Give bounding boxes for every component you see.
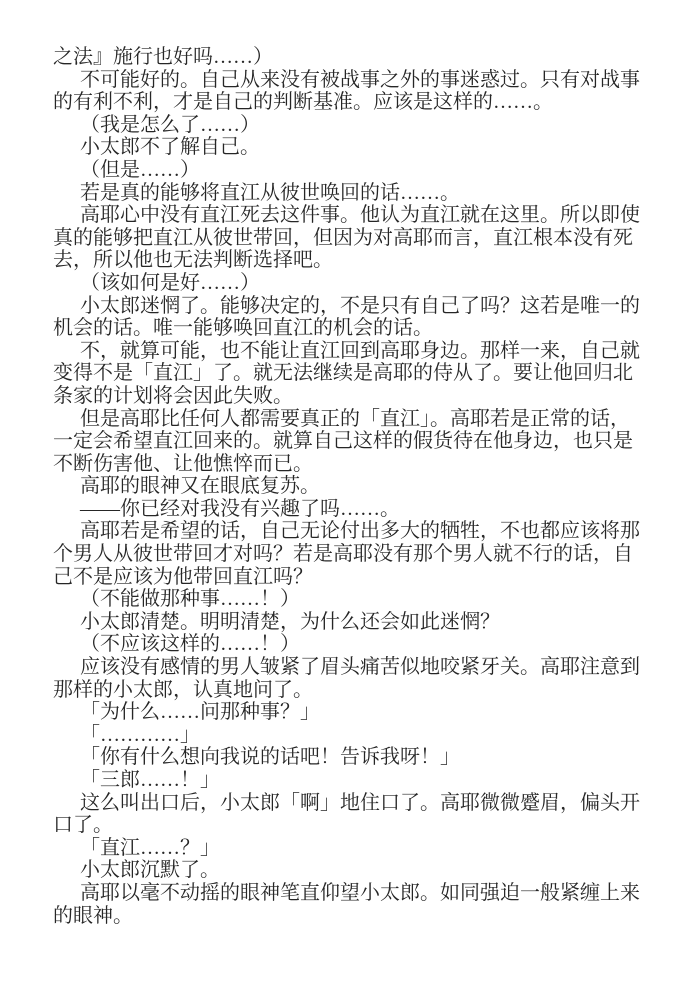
text-line: 应该没有感情的男人皱紧了眉头痛苦似地咬紧牙关。高耶注意到 bbox=[53, 656, 653, 679]
text-line: 口了。 bbox=[53, 814, 653, 837]
text-line: 小太郎不了解自己。 bbox=[53, 136, 653, 159]
text-line: 去，所以他也无法判断选择吧。 bbox=[53, 249, 653, 272]
text-line: 「三郎……！」 bbox=[53, 769, 653, 792]
text-line: 己不是应该为他带回直江吗？ bbox=[53, 566, 653, 589]
text-line: （但是……） bbox=[53, 159, 653, 182]
text-line: 高耶的眼神又在眼底复苏。 bbox=[53, 475, 653, 498]
text-line: 之法』施行也好吗……） bbox=[53, 46, 653, 69]
text-line: 个男人从彼世带回才对吗？若是高耶没有那个男人就不行的话，自 bbox=[53, 543, 653, 566]
text-line: 真的能够把直江从彼世带回，但因为对高耶而言，直江根本没有死 bbox=[53, 227, 653, 250]
text-line: 「为什么……问那种事？」 bbox=[53, 701, 653, 724]
text-line: 若是真的能够将直江从彼世唤回的话……。 bbox=[53, 182, 653, 205]
text-line: 高耶以毫不动摇的眼神笔直仰望小太郎。如同强迫一般紧缠上来 bbox=[53, 882, 653, 905]
text-line: 变得不是「直江」了。就无法继续是高耶的侍从了。要让他回归北 bbox=[53, 362, 653, 385]
text-line: 机会的话。唯一能够唤回直江的机会的话。 bbox=[53, 317, 653, 340]
text-line: （该如何是好……） bbox=[53, 272, 653, 295]
text-line: （我是怎么了……） bbox=[53, 114, 653, 137]
text-line: 「你有什么想向我说的话吧！告诉我呀！」 bbox=[53, 746, 653, 769]
text-line: 这么叫出口后，小太郎「啊」地住口了。高耶微微蹙眉，偏头开 bbox=[53, 792, 653, 815]
text-line: 「直江……？」 bbox=[53, 837, 653, 860]
novel-page: 之法』施行也好吗……）不可能好的。自己从来没有被战事之外的事迷惑过。只有对战事的… bbox=[0, 0, 700, 993]
text-block: 之法』施行也好吗……）不可能好的。自己从来没有被战事之外的事迷惑过。只有对战事的… bbox=[53, 46, 653, 927]
text-line: （不应该这样的……！） bbox=[53, 633, 653, 656]
text-line: 但是高耶比任何人都需要真正的「直江」。高耶若是正常的话， bbox=[53, 408, 653, 431]
text-line: 的有利不利，才是自己的判断基准。应该是这样的……。 bbox=[53, 91, 653, 114]
text-line: 一定会希望直江回来的。就算自己这样的假货待在他身边，也只是 bbox=[53, 430, 653, 453]
text-line: 小太郎迷惘了。能够决定的，不是只有自己了吗？这若是唯一的 bbox=[53, 295, 653, 318]
text-line: （不能做那种事……！） bbox=[53, 588, 653, 611]
text-line: 不断伤害他、让他憔悴而已。 bbox=[53, 453, 653, 476]
text-line: 小太郎清楚。明明清楚，为什么还会如此迷惘？ bbox=[53, 611, 653, 634]
text-line: ——你已经对我没有兴趣了吗……。 bbox=[53, 498, 653, 521]
text-line: 「…………」 bbox=[53, 724, 653, 747]
text-line: 不可能好的。自己从来没有被战事之外的事迷惑过。只有对战事 bbox=[53, 69, 653, 92]
text-line: 高耶若是希望的话，自己无论付出多大的牺牲，不也都应该将那 bbox=[53, 520, 653, 543]
text-line: 那样的小太郎，认真地问了。 bbox=[53, 679, 653, 702]
text-line: 条家的计划将会因此失败。 bbox=[53, 385, 653, 408]
text-line: 高耶心中没有直江死去这件事。他认为直江就在这里。所以即使 bbox=[53, 204, 653, 227]
text-line: 的眼神。 bbox=[53, 905, 653, 928]
text-line: 不，就算可能，也不能让直江回到高耶身边。那样一来，自己就 bbox=[53, 340, 653, 363]
text-line: 小太郎沉默了。 bbox=[53, 859, 653, 882]
